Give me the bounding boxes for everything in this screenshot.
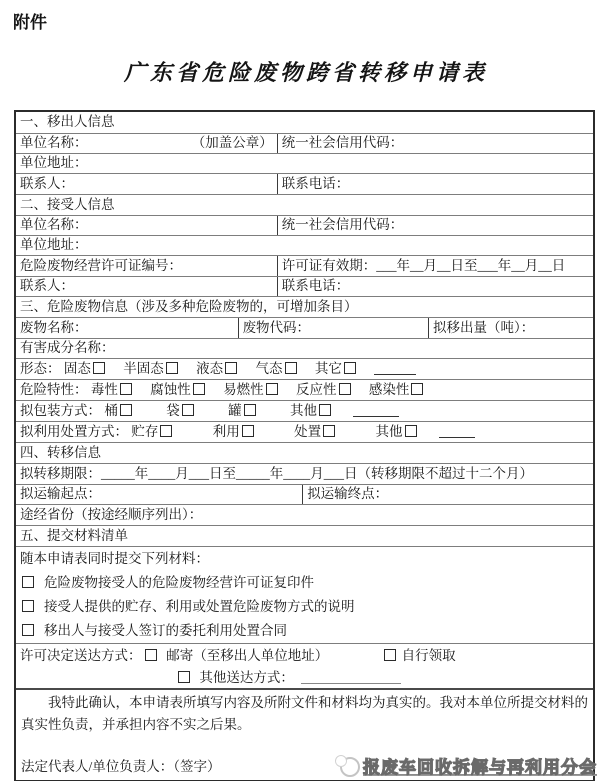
route-provinces-label: 途经省份（按途经顺序列出）： — [20, 507, 202, 524]
material-item-label: 接受人提供的贮存、利用或处置危险废物方式的说明 — [44, 599, 355, 614]
option-infectious: 感染性 — [369, 382, 424, 397]
option-other-state: 其它 — [315, 361, 356, 376]
option-storage: 贮存 — [131, 424, 172, 439]
checkbox-pack-other[interactable] — [319, 404, 331, 416]
field-transferor-contact: 联系人： — [16, 174, 277, 194]
field-license-validity: 许可证有效期：___年__月__日至___年__月__日 — [277, 256, 593, 276]
option-label: 利用 — [213, 424, 240, 439]
checkbox-hazard-corrosive[interactable] — [193, 383, 205, 395]
confirmation-cell: 我特此确认，本申请表所填写内容及所附文件和材料均为真实的。我对本单位所提交材料的… — [16, 690, 593, 780]
option-label: 液态 — [196, 361, 223, 376]
packaging-options: 拟包装方式： 桶 袋 罐 其他 — [16, 401, 593, 421]
field-transferor-phone: 联系电话： — [277, 174, 593, 194]
option-label: 气态 — [256, 361, 283, 376]
license-number-label: 危险废物经营许可证编号： — [20, 258, 182, 275]
table-row: 联系人： 联系电话： — [16, 276, 593, 296]
checkbox-delivery-pickup[interactable] — [384, 649, 396, 661]
waste-code-label: 废物代码： — [243, 320, 311, 337]
confirmation-row: 我特此确认，本申请表所填写内容及所附文件和材料均为真实的。我对本单位所提交材料的… — [16, 688, 593, 780]
checkbox-pack-drum[interactable] — [120, 404, 132, 416]
field-recipient-address: 单位地址： — [16, 236, 593, 255]
option-semisolid: 半固态 — [123, 361, 178, 376]
option-bag: 袋 — [166, 403, 194, 418]
option-other-packaging: 其他 — [290, 403, 331, 418]
signature-label: 法定代表人/单位负责人：（签字） — [21, 757, 221, 777]
delivery-method-cell: 许可决定送达方式： 邮寄（至移出人单位地址） 自行领取 其他送达方式： — [16, 644, 593, 688]
checkbox-disposal-storage[interactable] — [160, 425, 172, 437]
option-solid: 固态 — [64, 361, 105, 376]
delivery-method-row: 许可决定送达方式： 邮寄（至移出人单位地址） 自行领取 其他送达方式： — [16, 643, 593, 688]
license-validity-label: 许可证有效期：___年__月__日至___年__月__日 — [282, 258, 566, 275]
option-reactive: 反应性 — [296, 382, 351, 397]
transport-origin-label: 拟运输起点： — [20, 486, 101, 503]
field-waste-quantity: 拟移出量（吨）： — [428, 318, 593, 338]
confirmation-statement: 我特此确认，本申请表所填写内容及所附文件和材料均为真实的。我对本单位所提交材料的… — [21, 692, 588, 735]
table-row: 有害成分名称： — [16, 338, 593, 358]
checkbox-disposal-other[interactable] — [405, 425, 417, 437]
disposal-method-options: 拟利用处置方式： 贮存 利用 处置 其他 — [16, 422, 593, 442]
material-item: 危险废物接受人的危险废物经营许可证复印件 — [20, 571, 589, 595]
option-label: 其它 — [315, 361, 342, 376]
delivery-pickup-option: 自行领取 — [384, 648, 456, 663]
section2-header: 二、接受人信息 — [16, 195, 593, 215]
checkbox-state-other[interactable] — [344, 362, 356, 374]
section3-header-row: 三、危险废物信息（涉及多种危险废物的，可增加条目） — [16, 296, 593, 317]
delivery-pickup-label: 自行领取 — [402, 648, 456, 663]
field-harmful-components: 有害成分名称： — [16, 339, 593, 358]
physical-state-row: 形态： 固态 半固态 液态 气态 其它 — [16, 358, 593, 379]
table-row: 拟转移期限：_____年____月___日至_____年____月___日（转移… — [16, 463, 593, 484]
option-dispose: 处置 — [294, 424, 335, 439]
application-form-table: 一、移出人信息 单位名称： （加盖公章） 统一社会信用代码： 单位地址： 联系人… — [14, 110, 595, 781]
field-route-provinces: 途经省份（按途经顺序列出）： — [16, 505, 593, 525]
materials-cell: 随本申请表同时提交下列材料： 危险废物接受人的危险废物经营许可证复印件 接受人提… — [16, 547, 593, 643]
option-gas: 气态 — [256, 361, 297, 376]
delivery-other-blank — [301, 672, 401, 684]
packaging-label: 拟包装方式： — [20, 403, 101, 418]
checkbox-state-solid[interactable] — [93, 362, 105, 374]
section2-header-row: 二、接受人信息 — [16, 194, 593, 215]
transport-destination-label: 拟运输终点： — [307, 486, 388, 503]
section1-header: 一、移出人信息 — [16, 112, 593, 133]
section5-header-row: 五、提交材料清单 — [16, 525, 593, 546]
hazard-traits-options: 危险特性： 毒性 腐蚀性 易燃性 反应性 感染性 — [16, 380, 593, 400]
address-label: 单位地址： — [20, 155, 88, 172]
checkbox-hazard-toxic[interactable] — [120, 383, 132, 395]
option-corrosive: 腐蚀性 — [150, 382, 205, 397]
table-row: 危险废物经营许可证编号： 许可证有效期：___年__月__日至___年__月__… — [16, 255, 593, 276]
option-label: 感染性 — [369, 382, 410, 397]
seal-note: （加盖公章） — [192, 135, 273, 152]
option-other-disposal: 其他 — [376, 424, 417, 439]
option-label: 易燃性 — [223, 382, 264, 397]
disposal-label: 拟利用处置方式： — [20, 424, 128, 439]
delivery-mail-label: 邮寄（至移出人单位地址） — [166, 648, 328, 663]
credit-code-label: 统一社会信用代码： — [282, 135, 404, 152]
phone-label: 联系电话： — [282, 278, 350, 295]
delivery-line-2: 其他送达方式： — [20, 667, 589, 688]
option-can: 罐 — [228, 403, 256, 418]
checkbox-delivery-other[interactable] — [178, 671, 190, 683]
quantity-label: 拟移出量（吨）： — [433, 320, 534, 337]
delivery-line-1: 许可决定送达方式： 邮寄（至移出人单位地址） 自行领取 — [20, 644, 589, 667]
field-recipient-unit-name: 单位名称： — [16, 216, 277, 235]
checkbox-material-entrust-contract[interactable] — [22, 624, 34, 636]
other-packaging-blank — [353, 405, 399, 417]
section1-header-row: 一、移出人信息 — [16, 112, 593, 133]
section5-header: 五、提交材料清单 — [16, 526, 593, 546]
option-label: 处置 — [294, 424, 321, 439]
materials-row: 随本申请表同时提交下列材料： 危险废物接受人的危险废物经营许可证复印件 接受人提… — [16, 546, 593, 643]
materials-intro: 随本申请表同时提交下列材料： — [20, 547, 589, 571]
option-utilize: 利用 — [213, 424, 254, 439]
field-transport-destination: 拟运输终点： — [302, 485, 593, 504]
checkbox-disposal-dispose[interactable] — [323, 425, 335, 437]
field-transferor-address: 单位地址： — [16, 154, 593, 173]
unit-name-label: 单位名称： — [20, 135, 88, 152]
table-row: 途经省份（按途经顺序列出）： — [16, 504, 593, 525]
contact-label: 联系人： — [20, 176, 74, 193]
section4-header: 四、转移信息 — [16, 443, 593, 463]
option-label: 反应性 — [296, 382, 337, 397]
field-recipient-contact: 联系人： — [16, 277, 277, 296]
option-label: 其他 — [376, 424, 403, 439]
checkbox-hazard-infectious[interactable] — [411, 383, 423, 395]
phone-label: 联系电话： — [282, 176, 350, 193]
field-transport-origin: 拟运输起点： — [16, 485, 302, 504]
option-label: 罐 — [228, 403, 242, 418]
attachment-label: 附件 — [13, 8, 47, 33]
option-liquid: 液态 — [196, 361, 237, 376]
contact-label: 联系人： — [20, 278, 74, 295]
delivery-method-label: 许可决定送达方式： — [20, 648, 142, 663]
checkbox-pack-bag[interactable] — [182, 404, 194, 416]
checkbox-state-gas[interactable] — [285, 362, 297, 374]
physical-state-options: 形态： 固态 半固态 液态 气态 其它 — [16, 359, 593, 379]
option-label: 桶 — [104, 403, 118, 418]
other-state-blank — [374, 363, 416, 375]
waste-name-label: 废物名称： — [20, 320, 88, 337]
section4-header-row: 四、转移信息 — [16, 442, 593, 463]
option-label: 毒性 — [91, 382, 118, 397]
hazard-label: 危险特性： — [20, 382, 88, 397]
option-label: 袋 — [166, 403, 180, 418]
option-label: 其他 — [290, 403, 317, 418]
field-transfer-period: 拟转移期限：_____年____月___日至_____年____月___日（转移… — [16, 464, 593, 484]
delivery-other-label: 其他送达方式： — [199, 670, 294, 685]
field-waste-name: 废物名称： — [16, 318, 238, 338]
checkbox-state-liquid[interactable] — [225, 362, 237, 374]
packaging-row: 拟包装方式： 桶 袋 罐 其他 — [16, 400, 593, 421]
table-row: 废物名称： 废物代码： 拟移出量（吨）： — [16, 317, 593, 338]
field-waste-code: 废物代码： — [238, 318, 428, 338]
material-item: 接受人提供的贮存、利用或处置危险废物方式的说明 — [20, 595, 589, 619]
disposal-method-row: 拟利用处置方式： 贮存 利用 处置 其他 — [16, 421, 593, 442]
credit-code-label: 统一社会信用代码： — [282, 217, 404, 234]
unit-name-label: 单位名称： — [20, 217, 88, 234]
checkbox-pack-can[interactable] — [244, 404, 256, 416]
harmful-components-label: 有害成分名称： — [20, 340, 115, 357]
table-row: 单位地址： — [16, 235, 593, 255]
material-item-label: 移出人与接受人签订的委托利用处置合同 — [44, 623, 287, 638]
field-transferor-credit-code: 统一社会信用代码： — [277, 134, 593, 153]
other-disposal-blank — [439, 426, 475, 438]
option-label: 腐蚀性 — [150, 382, 191, 397]
transfer-period-label: 拟转移期限：_____年____月___日至_____年____月___日（转移… — [20, 466, 533, 483]
watermark: 报废车回收拆解与再利用分会 — [340, 757, 597, 778]
checkbox-material-license-copy[interactable] — [22, 576, 34, 588]
checkbox-hazard-reactive[interactable] — [339, 383, 351, 395]
checkbox-disposal-utilize[interactable] — [242, 425, 254, 437]
hazard-traits-row: 危险特性： 毒性 腐蚀性 易燃性 反应性 感染性 — [16, 379, 593, 400]
material-item-label: 危险废物接受人的危险废物经营许可证复印件 — [44, 575, 314, 590]
checkbox-hazard-flammable[interactable] — [266, 383, 278, 395]
table-row: 拟运输起点： 拟运输终点： — [16, 484, 593, 504]
option-toxic: 毒性 — [91, 382, 132, 397]
field-transferor-unit-name: 单位名称： （加盖公章） — [16, 134, 277, 153]
page-title: 广东省危险废物跨省转移申请表 — [0, 56, 612, 87]
address-label: 单位地址： — [20, 237, 88, 254]
table-row: 单位名称： 统一社会信用代码： — [16, 215, 593, 235]
option-flammable: 易燃性 — [223, 382, 278, 397]
table-row: 联系人： 联系电话： — [16, 173, 593, 194]
option-drum: 桶 — [104, 403, 132, 418]
field-license-number: 危险废物经营许可证编号： — [16, 256, 277, 276]
table-row: 单位地址： — [16, 153, 593, 173]
option-label: 半固态 — [123, 361, 164, 376]
material-item: 移出人与接受人签订的委托利用处置合同 — [20, 619, 589, 643]
checkbox-state-semisolid[interactable] — [166, 362, 178, 374]
checkbox-delivery-mail[interactable] — [145, 649, 157, 661]
field-recipient-phone: 联系电话： — [277, 277, 593, 296]
table-row: 单位名称： （加盖公章） 统一社会信用代码： — [16, 133, 593, 153]
option-label: 贮存 — [131, 424, 158, 439]
state-label: 形态： — [20, 361, 61, 376]
association-logo-icon — [340, 757, 360, 777]
field-recipient-credit-code: 统一社会信用代码： — [277, 216, 593, 235]
watermark-text: 报废车回收拆解与再利用分会 — [363, 757, 597, 778]
section3-header: 三、危险废物信息（涉及多种危险废物的，可增加条目） — [16, 297, 593, 317]
checkbox-material-method-description[interactable] — [22, 600, 34, 612]
option-label: 固态 — [64, 361, 91, 376]
